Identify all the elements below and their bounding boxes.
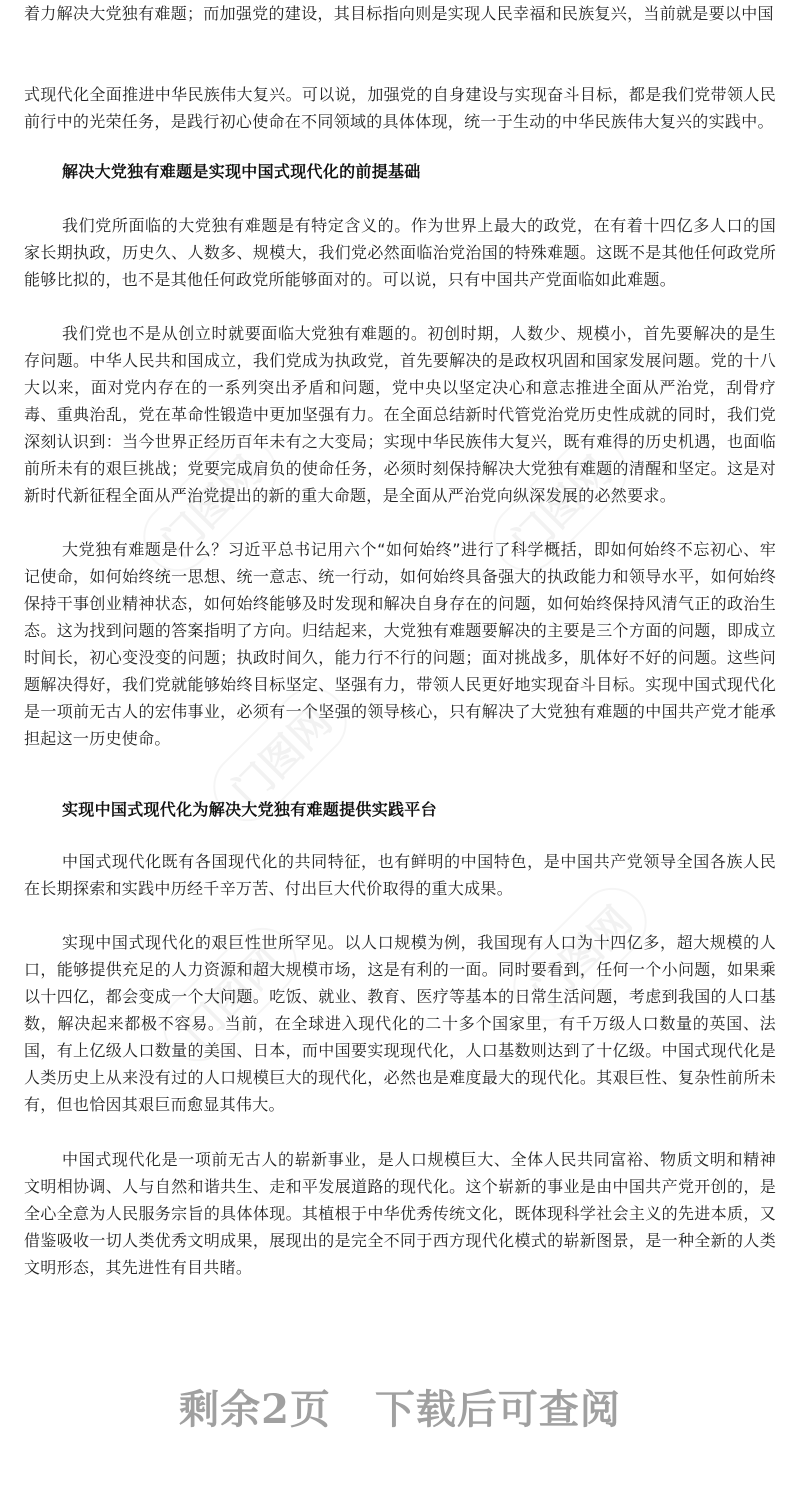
paragraph-continuation-bottom: 式现代化全面推进中华民族伟大复兴。可以说，加强党的自身建设与实现奋斗目标，都是我… <box>24 81 776 135</box>
paragraph: 中国式现代化既有各国现代化的共同特征，也有鲜明的中国特色，是中国共产党领导全国各… <box>24 848 776 902</box>
download-to-view-label: 下载后可查阅 <box>375 1386 621 1433</box>
paragraph-continuation-top: 着力解决大党独有难题；而加强党的建设，其目标指向则是实现人民幸福和民族复兴，当前… <box>24 0 776 27</box>
section-heading-2: 实现中国式现代化为解决大党独有难题提供实践平台 <box>62 796 437 823</box>
section-heading-1: 解决大党独有难题是实现中国式现代化的前提基础 <box>62 158 421 185</box>
paragraph: 我们党所面临的大党独有难题是有特定含义的。作为世界上最大的政党，在有着十四亿多人… <box>24 212 776 293</box>
paragraph: 大党独有难题是什么？习近平总书记用六个“如何始终”进行了科学概括，即如何始终不忘… <box>24 536 776 752</box>
paragraph: 我们党也不是从创立时就要面临大党独有难题的。初创时期，人数少、规模小，首先要解决… <box>24 320 776 509</box>
paragraph: 中国式现代化是一项前无古人的崭新事业，是人口规模巨大、全体人民共同富裕、物质文明… <box>24 1146 776 1281</box>
download-prompt-banner[interactable]: 剩余2页下载后可查阅 <box>0 1385 800 1435</box>
remaining-pages-label: 剩余2页 <box>179 1386 331 1433</box>
paragraph: 实现中国式现代化的艰巨性世所罕见。以人口规模为例，我国现有人口为十四亿多，超大规… <box>24 929 776 1118</box>
